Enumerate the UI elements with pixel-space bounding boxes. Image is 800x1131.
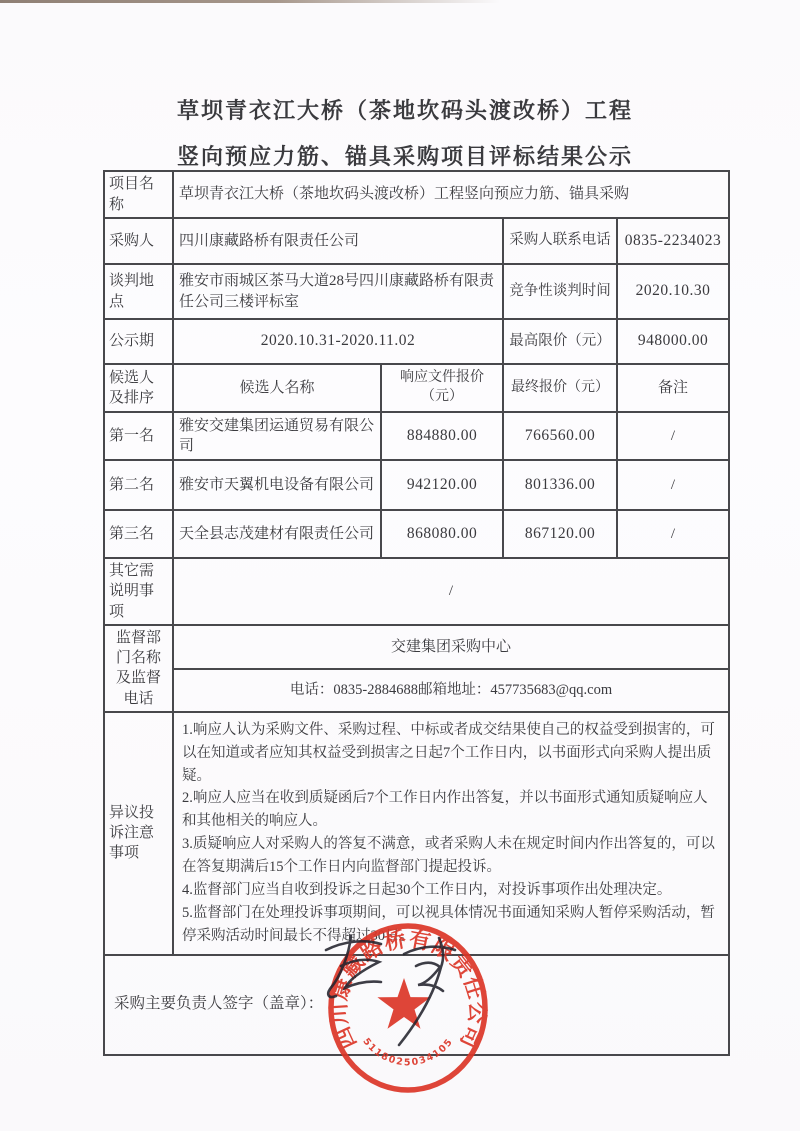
- candidate-2-remark: /: [617, 460, 729, 510]
- max-price-label: 最高限价（元）: [503, 319, 617, 364]
- header-name: 候选人名称: [173, 364, 381, 412]
- scanned-document-page: 草坝青衣江大桥（茶地坎码头渡改桥）工程 竖向预应力筋、锚具采购项目评标结果公示 …: [0, 0, 800, 1131]
- publicity-period-label: 公示期: [104, 319, 173, 364]
- supervision-label: 监督部门名称及监督电话: [104, 625, 173, 712]
- candidate-row-3: 第三名 天全县志茂建材有限责任公司 868080.00 867120.00 /: [104, 510, 729, 558]
- publicity-period-value: 2020.10.31-2020.11.02: [173, 319, 503, 364]
- purchaser-phone-label: 采购人联系电话: [503, 218, 617, 264]
- row-negotiation: 谈判地点 雅安市雨城区茶马大道28号四川康藏路桥有限责任公司三楼评标室 竞争性谈…: [104, 264, 729, 319]
- negotiation-place-label: 谈判地点: [104, 264, 173, 319]
- header-remark: 备注: [617, 364, 729, 412]
- candidate-3-doc-price: 868080.00: [381, 510, 503, 558]
- purchaser-value: 四川康藏路桥有限责任公司: [173, 218, 503, 264]
- purchaser-label: 采购人: [104, 218, 173, 264]
- header-rank: 候选人及排序: [104, 364, 173, 412]
- seal-number-text: 5118025034105: [360, 1036, 455, 1068]
- supervision-department: 交建集团采购中心: [173, 625, 729, 670]
- candidate-row-2: 第二名 雅安市天翼机电设备有限公司 942120.00 801336.00 /: [104, 460, 729, 510]
- title-line-1: 草坝青衣江大桥（茶地坎码头渡改桥）工程: [5, 88, 800, 134]
- project-name-label: 项目名称: [104, 171, 173, 218]
- row-purchaser: 采购人 四川康藏路桥有限责任公司 采购人联系电话 0835-2234023: [104, 218, 729, 264]
- candidate-1-remark: /: [617, 412, 729, 460]
- candidate-3-final-price: 867120.00: [503, 510, 617, 558]
- company-seal: 四川康藏路桥有限责任公司 5118025034105: [288, 888, 528, 1128]
- project-name-value: 草坝青衣江大桥（茶地坎码头渡改桥）工程竖向预应力筋、锚具采购: [173, 171, 729, 218]
- candidate-1-rank: 第一名: [104, 412, 173, 460]
- candidate-3-name: 天全县志茂建材有限责任公司: [173, 510, 381, 558]
- row-candidates-header: 候选人及排序 候选人名称 响应文件报价（元） 最终报价（元） 备注: [104, 364, 729, 412]
- scan-edge-artifact: [0, 0, 500, 3]
- candidate-1-name: 雅安交建集团运通贸易有限公司: [173, 412, 381, 460]
- max-price-value: 948000.00: [617, 319, 729, 364]
- negotiation-time-value: 2020.10.30: [617, 264, 729, 319]
- objection-item-2: 2.响应人应当在收到质疑函后7个工作日内作出答复，并以书面形式通知质疑响应人和其…: [182, 787, 720, 833]
- header-doc-price: 响应文件报价（元）: [381, 364, 503, 412]
- header-final-price: 最终报价（元）: [503, 364, 617, 412]
- objection-item-1: 1.响应人认为采购文件、采购过程、中标或者成交结果使自己的权益受到损害的，可以在…: [182, 719, 720, 788]
- candidate-1-doc-price: 884880.00: [381, 412, 503, 460]
- candidate-2-doc-price: 942120.00: [381, 460, 503, 510]
- row-project-name: 项目名称 草坝青衣江大桥（茶地坎码头渡改桥）工程竖向预应力筋、锚具采购: [104, 171, 729, 218]
- other-notes-label: 其它需说明事项: [104, 558, 173, 625]
- candidate-row-1: 第一名 雅安交建集团运通贸易有限公司 884880.00 766560.00 /: [104, 412, 729, 460]
- other-notes-value: /: [173, 558, 729, 625]
- document-title: 草坝青衣江大桥（茶地坎码头渡改桥）工程 竖向预应力筋、锚具采购项目评标结果公示: [5, 88, 800, 180]
- supervision-contact: 电话：0835-2884688邮箱地址：457735683@qq.com: [173, 669, 729, 711]
- candidate-3-remark: /: [617, 510, 729, 558]
- row-supervision-contact: 电话：0835-2884688邮箱地址：457735683@qq.com: [104, 669, 729, 711]
- purchaser-phone-value: 0835-2234023: [617, 218, 729, 264]
- row-other-notes: 其它需说明事项 /: [104, 558, 729, 625]
- negotiation-time-label: 竞争性谈判时间: [503, 264, 617, 319]
- company-seal-graphic: 四川康藏路桥有限责任公司 5118025034105: [288, 888, 528, 1128]
- candidate-3-rank: 第三名: [104, 510, 173, 558]
- candidate-1-final-price: 766560.00: [503, 412, 617, 460]
- candidate-2-rank: 第二名: [104, 460, 173, 510]
- candidate-2-name: 雅安市天翼机电设备有限公司: [173, 460, 381, 510]
- negotiation-place-value: 雅安市雨城区茶马大道28号四川康藏路桥有限责任公司三楼评标室: [173, 264, 503, 319]
- row-supervision-dept: 监督部门名称及监督电话 交建集团采购中心: [104, 625, 729, 670]
- candidate-2-final-price: 801336.00: [503, 460, 617, 510]
- row-publicity: 公示期 2020.10.31-2020.11.02 最高限价（元） 948000…: [104, 319, 729, 364]
- objection-label: 异议投诉注意事项: [104, 712, 173, 955]
- objection-item-3: 3.质疑响应人对采购人的答复不满意，或者采购人未在规定时间内作出答复的，可以在答…: [182, 833, 720, 879]
